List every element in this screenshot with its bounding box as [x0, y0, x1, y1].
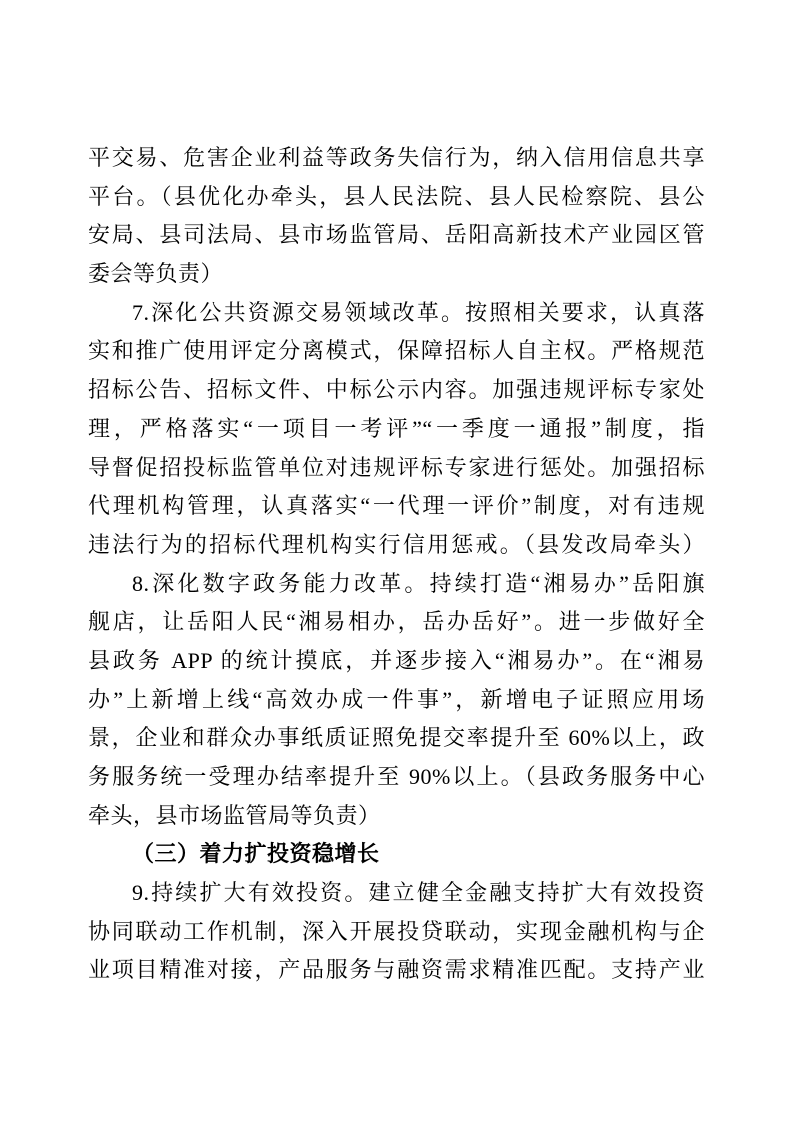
text-line: 办”上新增上线“高效办成一件事”，新增电子证照应用场 — [88, 681, 705, 720]
document-page: 平交易、危害企业利益等政务失信行为，纳入信用信息共享 平台。（县优化办牵头，县人… — [0, 0, 793, 1122]
text-line: 协同联动工作机制，深入开展投贷联动，实现金融机构与企 — [88, 913, 705, 952]
text-line: 9.持续扩大有效投资。建立健全金融支持扩大有效投资 — [88, 874, 705, 913]
paragraph-7: 7.深化公共资源交易领域改革。按照相关要求，认真落 实和推广使用评定分离模式，保… — [88, 294, 705, 565]
text-line: 委会等负责） — [88, 255, 705, 294]
text-line: 代理机构管理，认真落实“一代理一评价”制度，对有违规 — [88, 487, 705, 526]
text-line: 招标公告、招标文件、中标公示内容。加强违规评标专家处 — [88, 371, 705, 410]
text-line: 舰店，让岳阳人民“湘易相办，岳办岳好”。进一步做好全 — [88, 603, 705, 642]
text-line: 务服务统一受理办结率提升至 90%以上。（县政务服务中心 — [88, 758, 705, 797]
text-line: 县政务 APP 的统计摸底，并逐步接入“湘易办”。在“湘易 — [88, 642, 705, 681]
text-line: 安局、县司法局、县市场监管局、岳阳高新技术产业园区管 — [88, 216, 705, 255]
section-heading-3: （三）着力扩投资稳增长 — [88, 835, 705, 874]
text-line: 平台。（县优化办牵头，县人民法院、县人民检察院、县公 — [88, 178, 705, 217]
paragraph-9: 9.持续扩大有效投资。建立健全金融支持扩大有效投资 协同联动工作机制，深入开展投… — [88, 874, 705, 990]
text-line: 7.深化公共资源交易领域改革。按照相关要求，认真落 — [88, 294, 705, 333]
section-heading-text: （三）着力扩投资稳增长 — [88, 835, 705, 874]
text-line: 违法行为的招标代理机构实行信用惩戒。（县发改局牵头） — [88, 526, 705, 565]
paragraph-8: 8.深化数字政务能力改革。持续打造“湘易办”岳阳旗 舰店，让岳阳人民“湘易相办，… — [88, 565, 705, 836]
text-line: 导督促招投标监管单位对违规评标专家进行惩处。加强招标 — [88, 449, 705, 488]
document-text-block: 平交易、危害企业利益等政务失信行为，纳入信用信息共享 平台。（县优化办牵头，县人… — [88, 139, 705, 990]
text-line: 8.深化数字政务能力改革。持续打造“湘易办”岳阳旗 — [88, 565, 705, 604]
text-line: 理，严格落实“一项目一考评”“一季度一通报”制度，指 — [88, 410, 705, 449]
text-line: 实和推广使用评定分离模式，保障招标人自主权。严格规范 — [88, 332, 705, 371]
text-line: 平交易、危害企业利益等政务失信行为，纳入信用信息共享 — [88, 139, 705, 178]
text-line: 景，企业和群众办事纸质证照免提交率提升至 60%以上，政 — [88, 719, 705, 758]
text-line: 业项目精准对接，产品服务与融资需求精准匹配。支持产业 — [88, 951, 705, 990]
text-line: 牵头，县市场监管局等负责） — [88, 797, 705, 836]
paragraph-6-continuation: 平交易、危害企业利益等政务失信行为，纳入信用信息共享 平台。（县优化办牵头，县人… — [88, 139, 705, 294]
